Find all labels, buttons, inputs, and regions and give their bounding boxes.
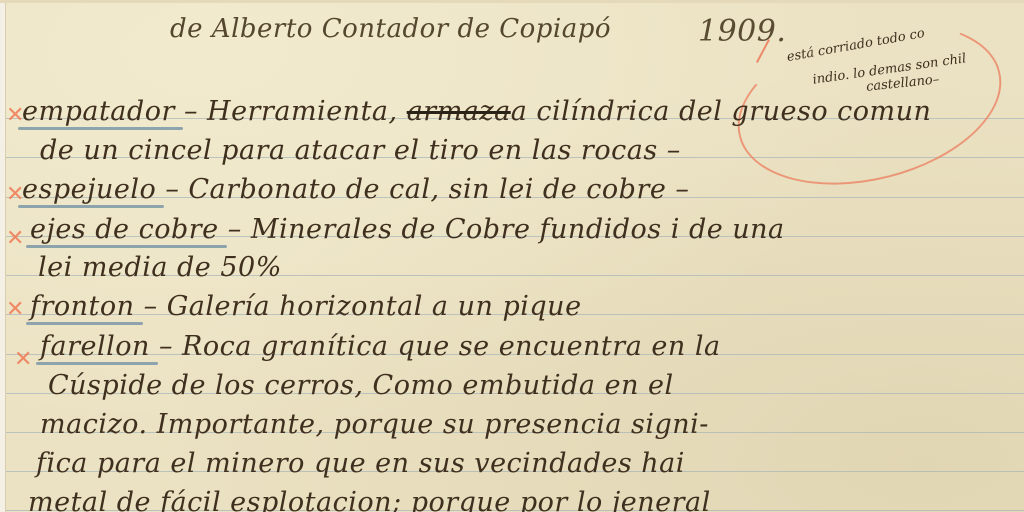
- red-x-mark-icon: ✕: [6, 297, 24, 322]
- entry-term: fronton: [30, 291, 135, 322]
- entry-term: espejuelo: [22, 174, 156, 205]
- entry-term: farellon: [40, 331, 150, 362]
- page-edge: [0, 0, 6, 512]
- entry-line: empatador – Herramienta, armazaa cilíndr…: [22, 96, 931, 127]
- entry-line: espejuelo – Carbonato de cal, sin lei de…: [22, 174, 689, 205]
- header-attribution: de Alberto Contador de Copiapó: [170, 14, 611, 44]
- entry-line: metal de fácil esplotacion; porque por l…: [28, 487, 711, 512]
- blue-underline: [36, 362, 158, 365]
- blue-underline: [26, 322, 143, 325]
- entry-line: lei media de 50%: [38, 252, 282, 283]
- entry-line: de un cincel para atacar el tiro en las …: [40, 135, 681, 166]
- entry-line: Cúspide de los cerros, Como embutida en …: [48, 370, 674, 401]
- entry-line: fronton – Galería horizontal a un pique: [30, 291, 582, 322]
- entry-line: farellon – Roca granítica que se encuent…: [40, 331, 721, 362]
- header-year: 1909.: [698, 14, 786, 49]
- entry-term: ejes de cobre: [30, 214, 219, 245]
- red-x-mark-icon: ✕: [6, 226, 24, 251]
- page-top-edge: [0, 0, 1024, 3]
- entry-line: fica para el minero que en sus vecindade…: [36, 448, 685, 479]
- red-x-mark-icon: ✕: [14, 347, 32, 372]
- blue-underline: [18, 205, 164, 208]
- manuscript-page: de Alberto Contador de Copiapó 1909. est…: [0, 0, 1024, 512]
- blue-underline: [26, 245, 227, 248]
- blue-underline: [18, 127, 183, 130]
- struck-word: armaza: [407, 96, 511, 127]
- entry-line: macizo. Importante, porque su presencia …: [40, 409, 709, 440]
- entry-term: empatador: [22, 96, 175, 127]
- entry-line: ejes de cobre – Minerales de Cobre fundi…: [30, 214, 785, 245]
